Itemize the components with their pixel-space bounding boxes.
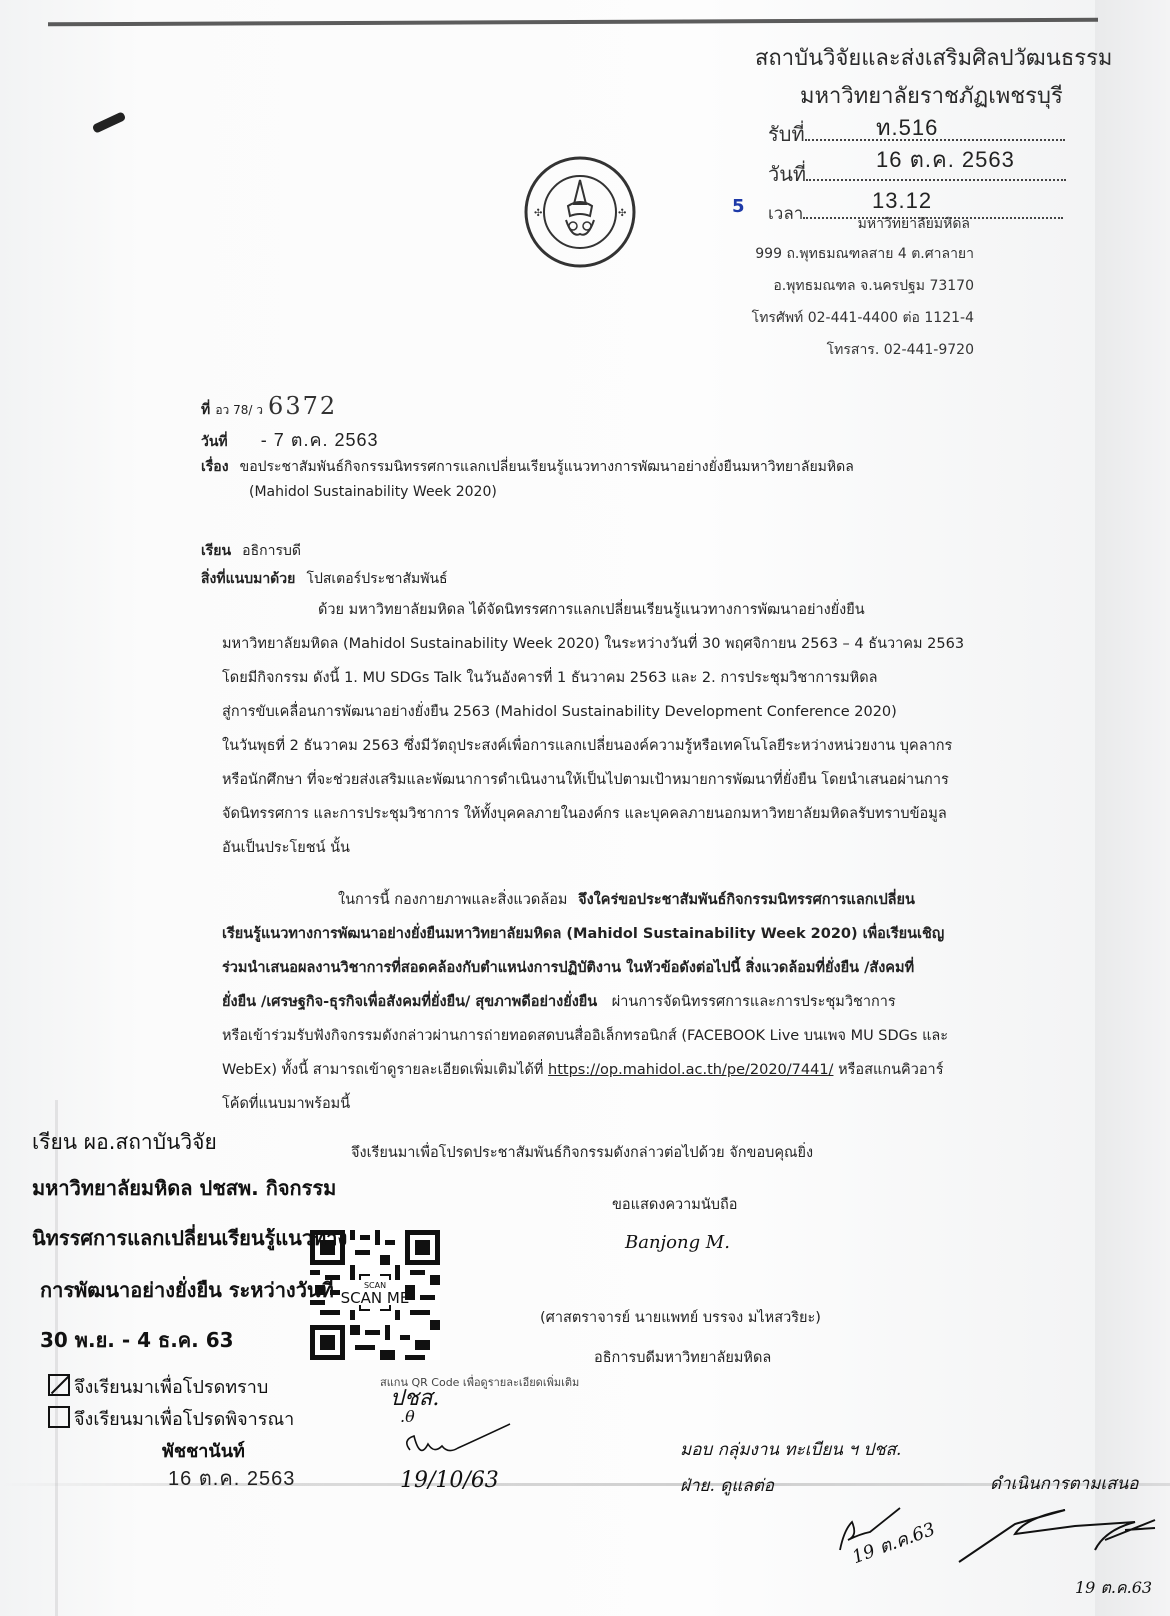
memo-clerk-date: 16 ต.ค. 2563 <box>168 1462 295 1494</box>
body-p1-line7: จัดนิทรรศการ และการประชุมวิชาการ ให้ทั้ง… <box>222 802 947 825</box>
body-p2-line6-start: WebEx) ทั้งนี้ สามารถเข้าดูรายละเอียดเพิ… <box>222 1062 543 1078</box>
stamp-institution-line1: สถาบันวิจัยและส่งเสริมศิลปวัฒนธรรม <box>755 40 1112 75</box>
closing-regards: ขอแสดงความนับถือ <box>612 1193 737 1216</box>
handwritten-signature-c-icon <box>955 1500 1170 1570</box>
signer-title: อธิการบดีมหาวิทยาลัยมหิดล <box>594 1346 771 1369</box>
letter-date-label: วันที่ <box>201 434 228 450</box>
svg-text:✣: ✣ <box>534 208 542 219</box>
svg-text:✣: ✣ <box>618 208 626 219</box>
body-p1-line6: หรือนักศึกษา ที่จะช่วยส่งเสริมและพัฒนากา… <box>222 768 949 791</box>
svg-text:SCAN ME: SCAN ME <box>341 1289 410 1307</box>
letter-date: วันที่ - 7 ต.ค. 2563 <box>201 425 379 454</box>
stamp-received-no-value: ท.516 <box>876 110 938 145</box>
stamp-date-label: วันที่ <box>768 162 806 186</box>
body-p1-line8: อันเป็นประโยชน์ นั้น <box>222 836 350 859</box>
checkbox-checked-icon[interactable] <box>48 1374 70 1396</box>
sender-address-line2: อ.พุทธมณฑล จ.นครปฐม 73170 <box>773 275 974 297</box>
ref-prefix: อว 78/ ว <box>215 403 263 417</box>
subject-label: เรื่อง <box>201 459 229 475</box>
body-p1-line1: ด้วย มหาวิทยาลัยมหิดล ได้จัดนิทรรศการแลก… <box>318 598 865 621</box>
memo-option-consider[interactable]: จึงเรียนมาเพื่อโปรดพิจารณา <box>48 1404 294 1433</box>
to-label: เรียน <box>201 543 231 559</box>
stamp-received-no-label: รับที่ <box>768 122 805 146</box>
subject-line2: (Mahidol Sustainability Week 2020) <box>249 484 497 500</box>
closing-request: จึงเรียนมาเพื่อโปรดประชาสัมพันธ์กิจกรรมด… <box>351 1141 813 1164</box>
memo-line4: การพัฒนาอย่างยั่งยืน ระหว่างวันที่ <box>40 1274 334 1306</box>
rector-signature: Banjong M. <box>625 1232 730 1253</box>
stamp-margin-mark: 5 <box>732 196 745 217</box>
stamp-time-value: 13.12 <box>872 188 932 214</box>
checkbox-unchecked-icon[interactable] <box>48 1406 70 1428</box>
sender-fax: โทรสาร. 02-441-9720 <box>827 339 974 361</box>
sender-address-line1: 999 ถ.พุทธมณฑลสาย 4 ต.ศาลายา <box>755 243 974 265</box>
body-p1-line5: ในวันพุธที่ 2 ธันวาคม 2563 ซึ่งมีวัตถุปร… <box>222 734 952 757</box>
mahidol-university-seal-icon: ✣ ✣ <box>522 154 638 270</box>
body-p2-line7: โค้ดที่แนบมาพร้อมนี้ <box>222 1092 350 1115</box>
letter-attachment: สิ่งที่แนบมาด้วย โปสเตอร์ประชาสัมพันธ์ <box>201 568 448 590</box>
sender-name: มหาวิทยาลัยมหิดล <box>858 213 970 235</box>
body-p2-lead: ในการนี้ กองกายภาพและสิ่งแวดล้อม <box>338 892 567 908</box>
body-p2-line6-end: หรือสแกนคิวอาร์ <box>838 1062 943 1078</box>
ref-number: 6372 <box>268 392 337 420</box>
body-p2-line1: ในการนี้ กองกายภาพและสิ่งแวดล้อม จึงใคร่… <box>338 888 915 911</box>
body-p2-lead-bold: จึงใคร่ขอประชาสัมพันธ์กิจกรรมนิทรรศการแล… <box>578 892 915 908</box>
letter-subject: เรื่อง ขอประชาสัมพันธ์กิจกรรมนิทรรศการแล… <box>201 456 854 478</box>
body-p1-line4: สู่การขับเคลื่อนการพัฒนาอย่างยั่งยืน 256… <box>222 700 897 723</box>
subject-line1: ขอประชาสัมพันธ์กิจกรรมนิทรรศการแลกเปลี่ย… <box>240 459 854 475</box>
body-p2-line4-bold: ยั่งยืน /เศรษฐกิจ-ธุรกิจเพื่อสังคมที่ยั่… <box>222 994 597 1010</box>
memo-line2: มหาวิทยาลัยมหิดล ปชสพ. กิจกรรม <box>32 1172 336 1204</box>
handwritten-date-a: 19/10/63 <box>400 1468 499 1493</box>
ref-label: ที่ <box>201 402 210 418</box>
stamp-time-label: เวลา <box>768 204 803 224</box>
handwritten-note-b-line1: มอบ กลุ่มงาน ทะเบียน ฯ ปชส. <box>680 1436 901 1463</box>
scan-edge-shadow <box>1095 0 1170 1616</box>
dotted-line <box>806 178 1066 181</box>
handwritten-note-b-line2: ฝ่าย. ดูแลต่อ <box>680 1472 774 1499</box>
stamp-institution-line2: มหาวิทยาลัยราชภัฏเพชรบุรี <box>800 78 1063 113</box>
svg-text:.θ: .θ <box>400 1410 415 1426</box>
body-p1-line3: โดยมีกิจกรรม ดังนี้ 1. MU SDGs Talk ในวั… <box>222 666 878 689</box>
handwritten-date-c: 19 ต.ค.63 <box>1075 1576 1152 1601</box>
signer-name: (ศาสตราจารย์ นายแพทย์ บรรจง มไหสวริยะ) <box>540 1306 821 1329</box>
body-p2-line3: ร่วมนำเสนอผลงานวิชาการที่สอดคล้องกับตำแห… <box>222 956 914 979</box>
attachment-value: โปสเตอร์ประชาสัมพันธ์ <box>306 571 447 587</box>
details-link[interactable]: https://op.mahidol.ac.th/pe/2020/7441/ <box>548 1062 833 1078</box>
sender-phone: โทรศัพท์ 02-441-4400 ต่อ 1121-4 <box>752 307 974 329</box>
body-p1-line2: มหาวิทยาลัยมหิดล (Mahidol Sustainability… <box>222 632 964 655</box>
to-value: อธิการบดี <box>242 543 301 559</box>
attachment-label: สิ่งที่แนบมาด้วย <box>201 571 295 587</box>
body-p2-line4: ยั่งยืน /เศรษฐกิจ-ธุรกิจเพื่อสังคมที่ยั่… <box>222 990 896 1013</box>
memo-line3: นิทรรศการแลกเปลี่ยนเรียนรู้แนวทาง <box>32 1222 347 1254</box>
memo-line1: เรียน ผอ.สถาบันวิจัย <box>32 1126 217 1159</box>
body-p2-line4-normal: ผ่านการจัดนิทรรศการและการประชุมวิชาการ <box>612 994 896 1010</box>
handwritten-signature-a-icon: .θ <box>380 1410 520 1470</box>
memo-option-consider-label: จึงเรียนมาเพื่อโปรดพิจารณา <box>74 1409 294 1430</box>
body-p2-line6: WebEx) ทั้งนี้ สามารถเข้าดูรายละเอียดเพิ… <box>222 1058 944 1081</box>
memo-option-acknowledge-label: จึงเรียนมาเพื่อโปรดทราบ <box>74 1377 268 1398</box>
body-p2-line2: เรียนรู้แนวทางการพัฒนาอย่างยั่งยืนมหาวิท… <box>222 922 944 945</box>
body-p2-line5: หรือเข้าร่วมรับฟังกิจกรรมดังกล่าวผ่านการ… <box>222 1024 948 1047</box>
memo-line5: 30 พ.ย. - 4 ธ.ค. 63 <box>40 1324 234 1356</box>
letter-reference: ที่ อว 78/ ว 6372 <box>201 392 337 421</box>
memo-option-acknowledge[interactable]: จึงเรียนมาเพื่อโปรดทราบ <box>48 1372 268 1401</box>
letter-recipient: เรียน อธิการบดี <box>201 540 301 562</box>
handwritten-note-c: ดำเนินการตามเสนอ <box>990 1470 1138 1497</box>
stamp-date-value: 16 ต.ค. 2563 <box>876 142 1015 177</box>
memo-clerk-name: พัชชานันท์ <box>162 1436 245 1465</box>
letter-date-value: - 7 ต.ค. 2563 <box>261 430 379 450</box>
